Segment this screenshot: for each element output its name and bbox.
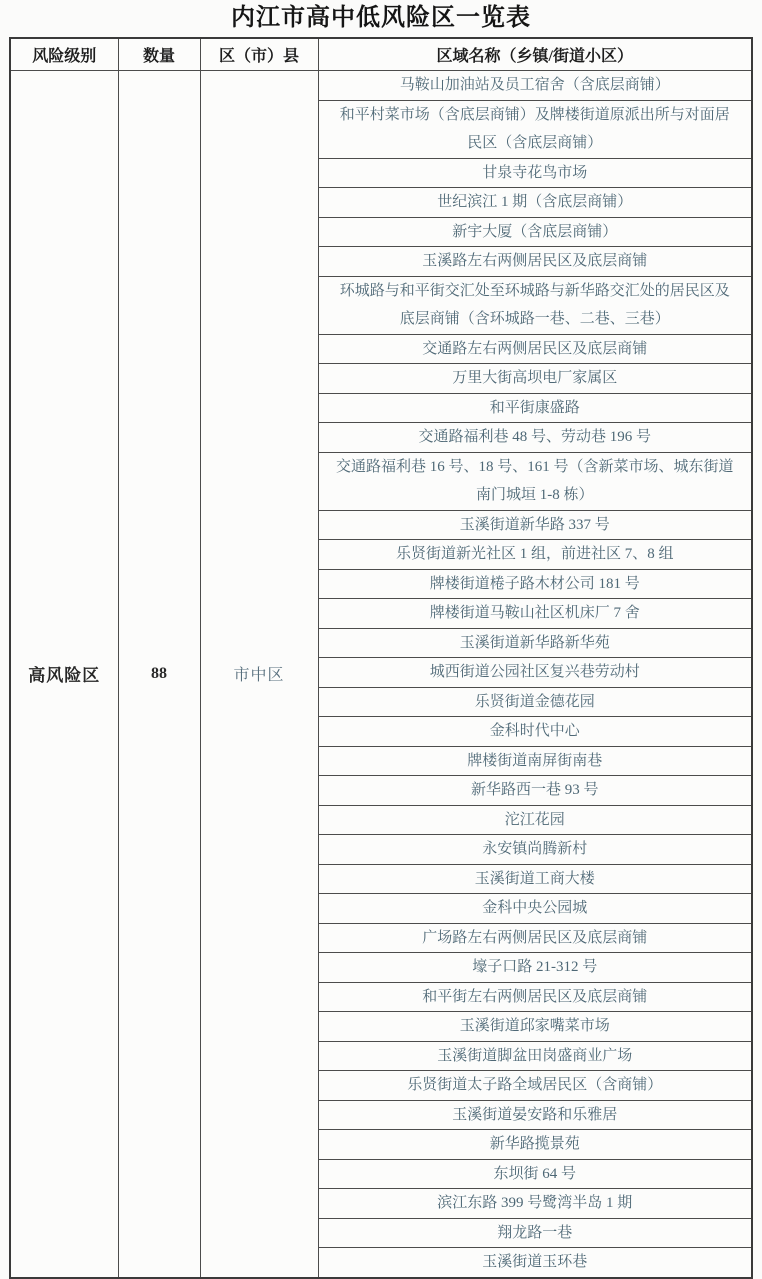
area-cell: 世纪滨江 1 期（含底层商铺）	[318, 188, 752, 218]
area-cell: 牌楼街道棬子路木材公司 181 号	[318, 569, 752, 599]
page-title: 内江市高中低风险区一览表	[0, 4, 762, 32]
area-cell: 广场路左右两侧居民区及底层商铺	[318, 923, 752, 953]
risk-area-table: 风险级别 数量 区（市）县 区域名称（乡镇/街道小区） 高风险区88市中区马鞍山…	[9, 37, 753, 1279]
area-cell: 永安镇尚腾新村	[318, 835, 752, 865]
area-cell: 乐贤街道太子路全域居民区（含商铺）	[318, 1071, 752, 1101]
area-cell: 东坝街 64 号	[318, 1159, 752, 1189]
area-cell: 玉溪街道玉环巷	[318, 1248, 752, 1278]
area-cell: 玉溪路左右两侧居民区及底层商铺	[318, 247, 752, 277]
count-cell: 88	[118, 71, 200, 1278]
header-row: 风险级别 数量 区（市）县 区域名称（乡镇/街道小区）	[10, 38, 752, 71]
area-cell: 玉溪街道脚盆田岗盛商业广场	[318, 1041, 752, 1071]
area-cell: 玉溪街道新华路新华苑	[318, 628, 752, 658]
area-cell: 玉溪街道工商大楼	[318, 864, 752, 894]
header-count: 数量	[118, 38, 200, 71]
area-cell: 玉溪街道新华路 337 号	[318, 510, 752, 540]
area-cell: 牌楼街道马鞍山社区机床厂 7 舍	[318, 599, 752, 629]
area-cell: 牌楼街道南屏街南巷	[318, 746, 752, 776]
area-cell: 马鞍山加油站及员工宿舍（含底层商铺）	[318, 71, 752, 101]
area-cell: 玉溪街道晏安路和乐雅居	[318, 1100, 752, 1130]
table-header: 风险级别 数量 区（市）县 区域名称（乡镇/街道小区）	[10, 38, 752, 71]
header-area-name: 区域名称（乡镇/街道小区）	[318, 38, 752, 71]
area-cell: 新华路西一巷 93 号	[318, 776, 752, 806]
area-cell: 城西街道公园社区复兴巷劳动村	[318, 658, 752, 688]
area-cell: 乐贤街道金德花园	[318, 687, 752, 717]
area-cell: 沱江花园	[318, 805, 752, 835]
area-cell: 和平街左右两侧居民区及底层商铺	[318, 982, 752, 1012]
area-cell: 壕子口路 21-312 号	[318, 953, 752, 983]
header-risk-level: 风险级别	[10, 38, 118, 71]
table-row: 高风险区88市中区马鞍山加油站及员工宿舍（含底层商铺）	[10, 71, 752, 101]
document-page: 内江市高中低风险区一览表 风险级别 数量 区（市）县 区域名称（乡镇/街道小区）…	[0, 0, 762, 1279]
header-district: 区（市）县	[200, 38, 318, 71]
area-cell: 乐贤街道新光社区 1 组，前进社区 7、8 组	[318, 540, 752, 570]
area-cell: 和平村菜市场（含底层商铺）及牌楼街道原派出所与对面居民区（含底层商铺）	[318, 100, 752, 158]
district-cell: 市中区	[200, 71, 318, 1278]
area-cell: 翔龙路一巷	[318, 1218, 752, 1248]
area-cell: 玉溪街道邱家嘴菜市场	[318, 1012, 752, 1042]
area-cell: 新宇大厦（含底层商铺）	[318, 217, 752, 247]
area-cell: 环城路与和平街交汇处至环城路与新华路交汇处的居民区及底层商铺（含环城路一巷、二巷…	[318, 276, 752, 334]
area-cell: 金科中央公园城	[318, 894, 752, 924]
area-cell: 甘泉寺花鸟市场	[318, 158, 752, 188]
area-cell: 交通路福利巷 48 号、劳动巷 196 号	[318, 423, 752, 453]
area-cell: 和平街康盛路	[318, 393, 752, 423]
area-cell: 滨江东路 399 号鹭湾半岛 1 期	[318, 1189, 752, 1219]
area-cell: 金科时代中心	[318, 717, 752, 747]
area-cell: 万里大街高坝电厂家属区	[318, 364, 752, 394]
risk-level-cell: 高风险区	[10, 71, 118, 1278]
area-cell: 交通路左右两侧居民区及底层商铺	[318, 334, 752, 364]
risk-table-body: 高风险区88市中区马鞍山加油站及员工宿舍（含底层商铺）和平村菜市场（含底层商铺）…	[10, 71, 752, 1278]
area-cell: 新华路揽景苑	[318, 1130, 752, 1160]
area-cell: 交通路福利巷 16 号、18 号、161 号（含新菜市场、城东街道南门城垣 1-…	[318, 452, 752, 510]
